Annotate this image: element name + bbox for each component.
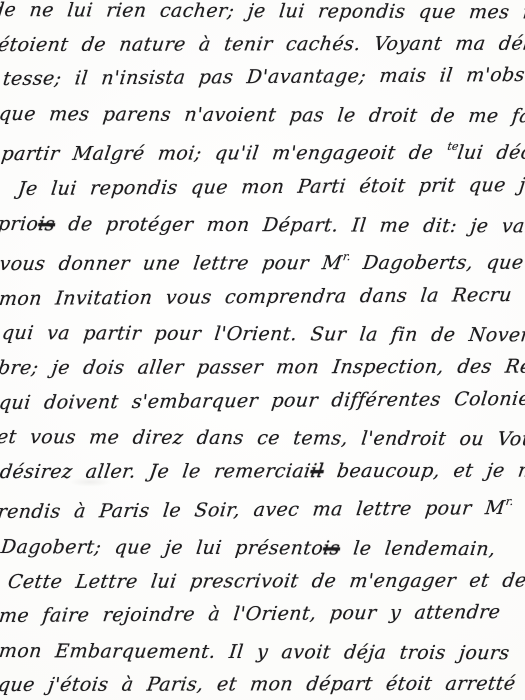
handwritten-text: étoient de nature à tenir cachés. Voyant… xyxy=(0,32,525,55)
handwritten-text: mon Embarquement. Il y avoit déja trois … xyxy=(0,640,511,664)
handwritten-text: bre; je dois aller passer mon Inspection… xyxy=(0,355,525,378)
manuscript-line: mon Invitation vous comprendra dans la R… xyxy=(0,277,525,316)
manuscript-line: désirez aller. Je le remerciaiil beaucou… xyxy=(0,453,525,489)
manuscript-line: Dagobert; que je lui présentois le lende… xyxy=(0,530,525,567)
manuscript-line: de ne lui rien cacher; je lui repondis q… xyxy=(0,0,525,30)
handwritten-text: beaucoup, et je me xyxy=(322,459,525,482)
manuscript-text: de ne lui rien cacher; je lui repondis q… xyxy=(0,0,525,700)
manuscript-line: priois de protéger mon Départ. Il me dit… xyxy=(0,207,525,244)
manuscript-line: que mes parens n'avoient pas le droit de… xyxy=(0,97,525,134)
manuscript-page: de ne lui rien cacher; je lui repondis q… xyxy=(0,0,525,700)
handwritten-text: vous donner une lettre pour M xyxy=(0,252,344,275)
handwritten-text: prio xyxy=(0,213,40,235)
handwritten-text: que j'étois à Paris, et mon départ étoit… xyxy=(0,673,517,696)
handwritten-text: qui va partir pour l'Orient. Sur la fin … xyxy=(1,322,525,346)
handwritten-text: que mes parens n'avoient pas le droit de… xyxy=(0,103,525,127)
manuscript-line: et vous me direz dans ce tems, l'endroit… xyxy=(0,420,525,457)
handwritten-text: Cette Lettre lui prescrivoit de m'engage… xyxy=(7,569,525,592)
handwritten-text: me faire rejoindre à l'Orient, pour y at… xyxy=(0,601,502,627)
manuscript-line: rendis à Paris le Soir, avec ma lettre p… xyxy=(0,485,525,530)
manuscript-line: tesse; il n'insista pas D'avantage; mais… xyxy=(1,58,525,97)
manuscript-line: qui doivent s'embarquer pour différentes… xyxy=(0,381,525,420)
manuscript-line: Je lui repondis que mon Parti étoit prit… xyxy=(16,168,525,207)
manuscript-line: étoient de nature à tenir cachés. Voyant… xyxy=(0,26,525,62)
handwritten-text: Dagoberts, que a xyxy=(348,252,525,275)
superscript-insertion: r. xyxy=(505,495,514,508)
handwritten-text: lui déclar xyxy=(456,142,525,164)
handwritten-text: mon Invitation vous comprendra dans la R… xyxy=(0,284,513,310)
manuscript-line: bre; je dois aller passer mon Inspection… xyxy=(0,349,525,385)
manuscript-line: qui va partir pour l'Orient. Sur la fin … xyxy=(0,316,525,353)
manuscript-line: que j'étois à Paris, et mon départ étoit… xyxy=(0,667,525,700)
handwritten-text: de protéger mon Départ. Il me dit: je va… xyxy=(54,213,525,237)
manuscript-line: partir Malgré moi; qu'il m'engageoit de … xyxy=(0,130,525,172)
handwritten-text: de ne lui rien cacher; je lui repondis q… xyxy=(0,0,525,24)
handwritten-text: désirez aller. Je le remerciai xyxy=(0,460,312,483)
handwritten-text: Dagobert; que je lui présento xyxy=(0,536,325,559)
handwritten-text: tesse; il n'insista pas D'avantage; mais… xyxy=(2,64,525,90)
handwritten-text: le lendemain, xyxy=(339,537,497,560)
manuscript-line: mon Embarquement. Il y avoit déja trois … xyxy=(0,634,525,671)
manuscript-line: me faire rejoindre à l'Orient, pour y at… xyxy=(0,595,525,634)
handwritten-text: qui doivent s'embarquer pour différentes… xyxy=(0,387,525,413)
handwritten-text: Je lui repondis que mon Parti étoit prit… xyxy=(17,174,525,200)
handwritten-text: rendis à Paris le Soir, avec ma lettre p… xyxy=(0,497,506,523)
handwritten-text: partir Malgré moi; qu'il m'engageoit de xyxy=(0,142,448,165)
manuscript-line: vous donner une lettre pour Mr. Dagobert… xyxy=(0,240,525,282)
manuscript-line: Cette Lettre lui prescrivoit de m'engage… xyxy=(6,563,525,599)
manuscript-photo: { "document": { "kind": "Handwritten man… xyxy=(0,0,525,700)
handwritten-text: et vous me direz dans ce tems, l'endroit… xyxy=(0,426,525,450)
